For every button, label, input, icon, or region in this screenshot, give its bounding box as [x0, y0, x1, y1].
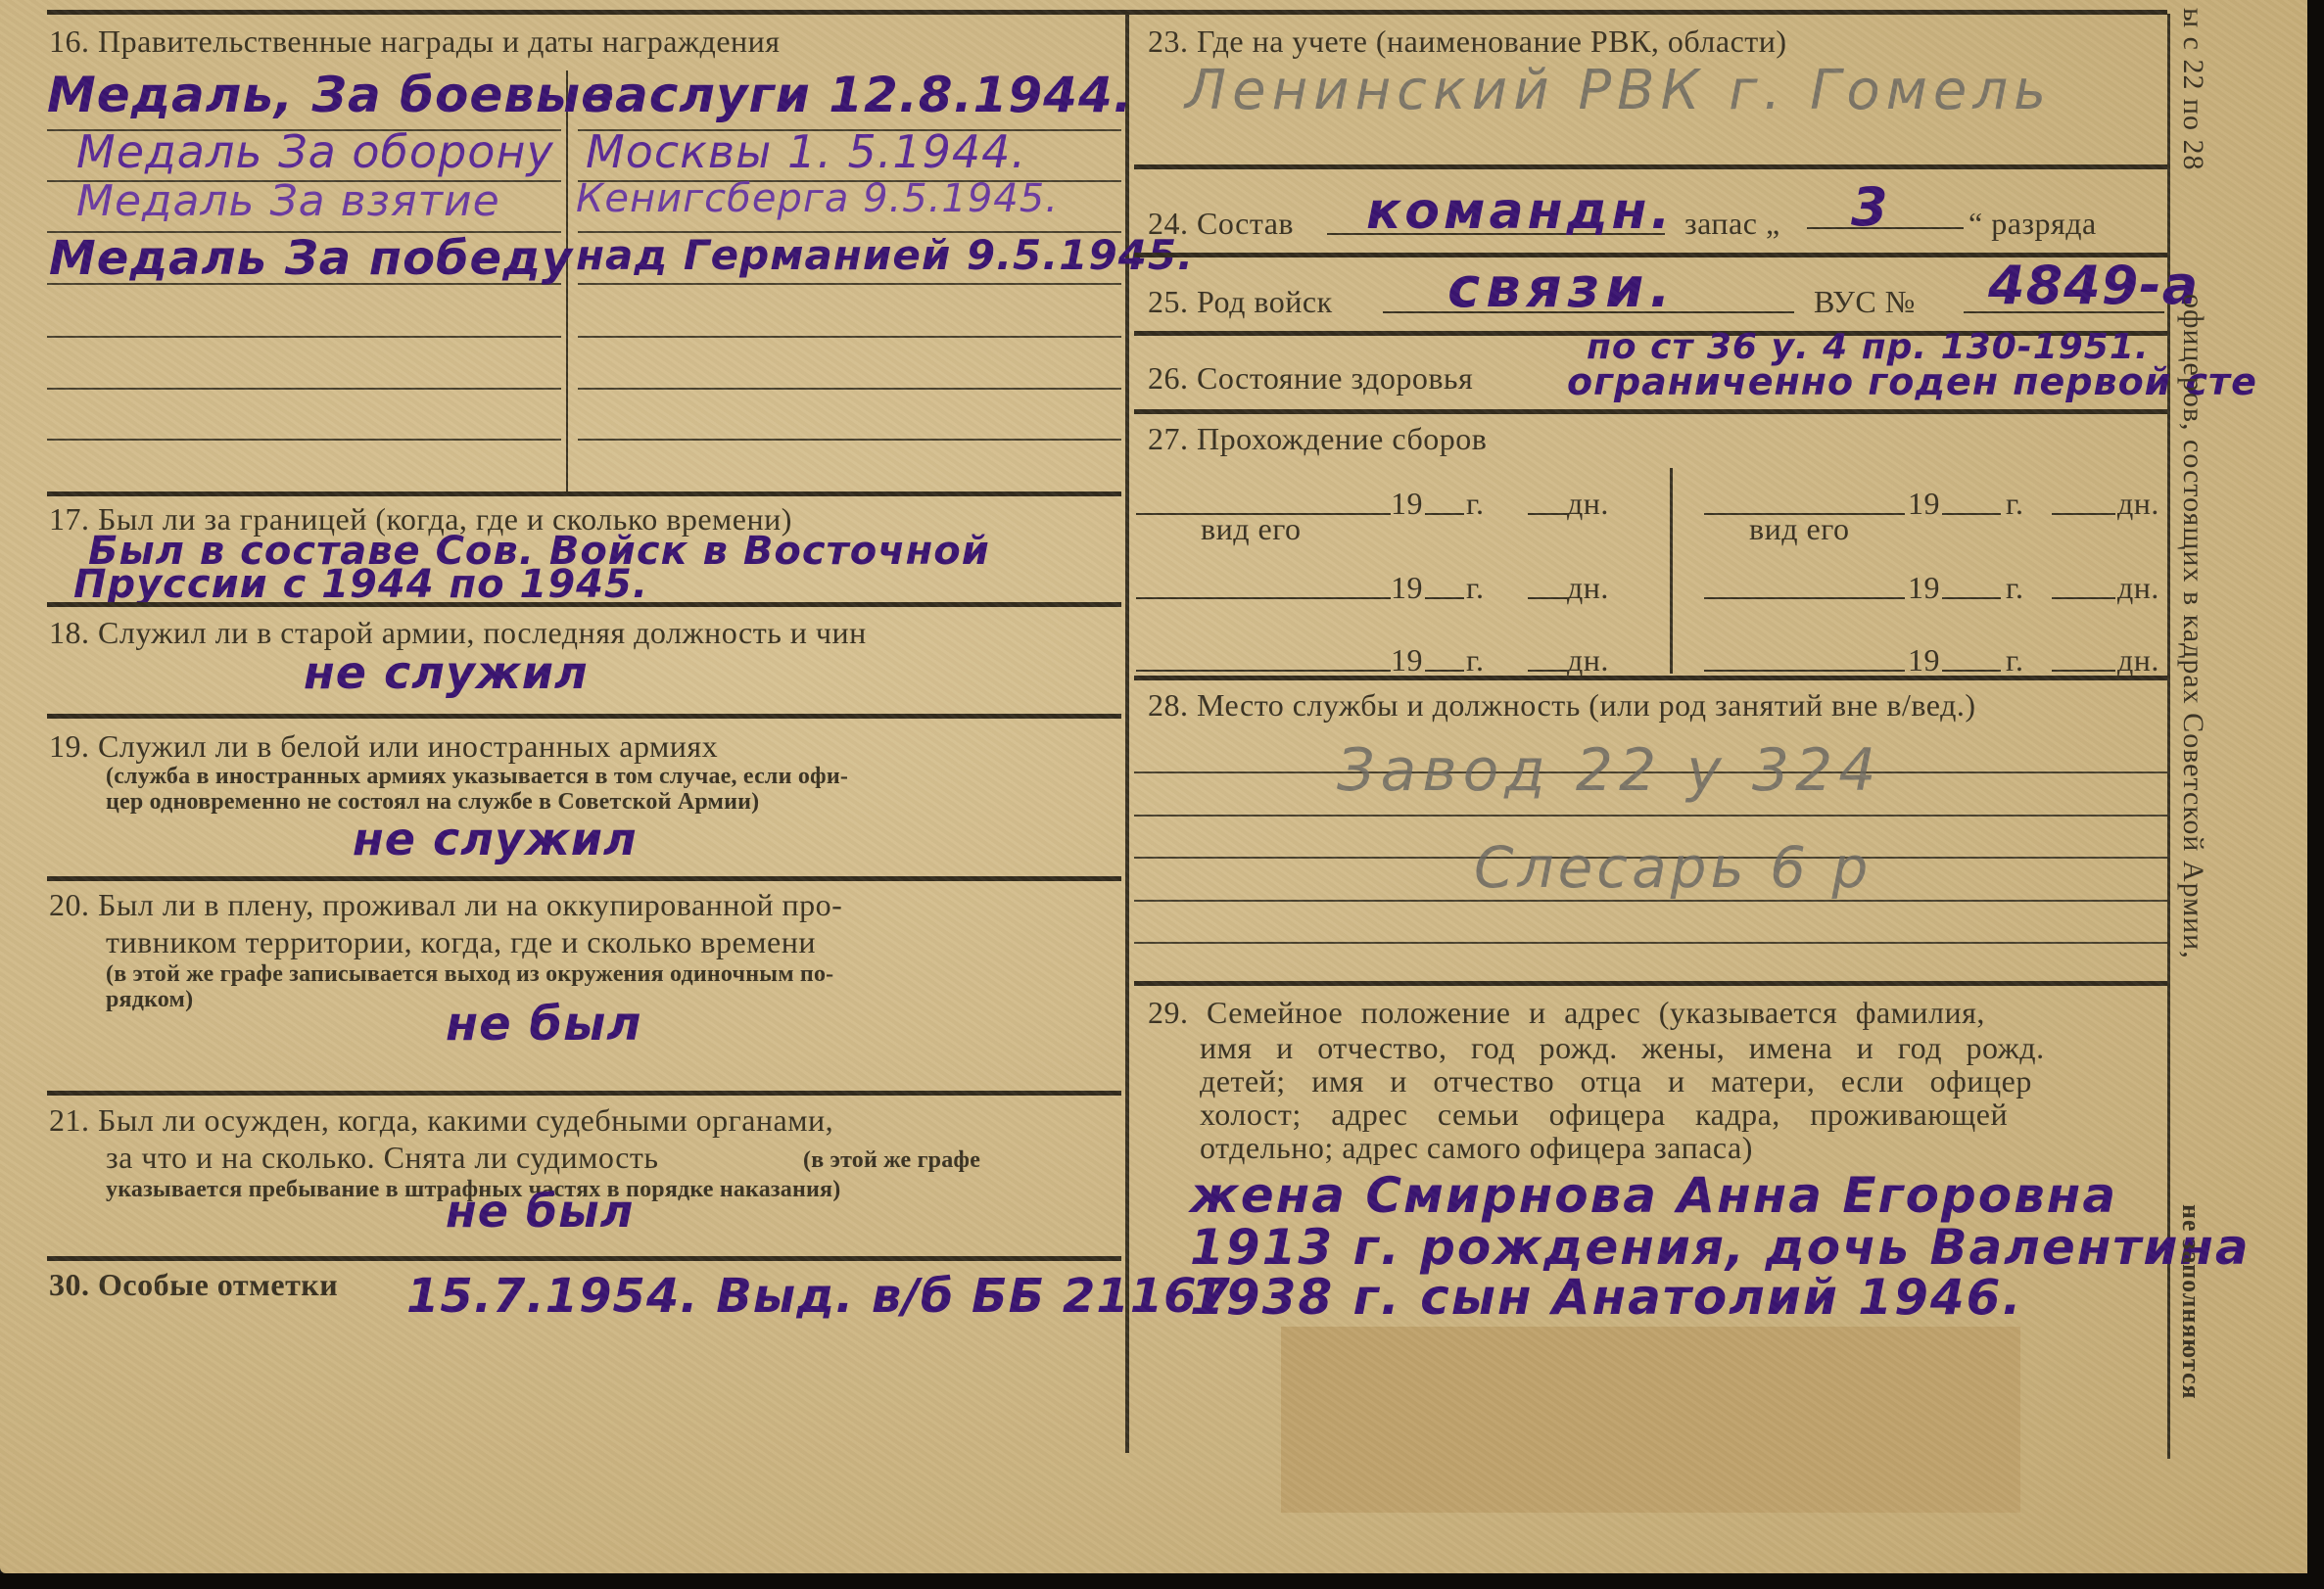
- s27-right-row2-dline: [2052, 597, 2115, 599]
- s27-left-row3-dline: [1528, 670, 1567, 672]
- s27-right-row3-yline: [1942, 670, 2001, 672]
- s23-label: 23. Где на учете (наименование РВК, обла…: [1148, 23, 1787, 60]
- s21-label-2-note: (в этой же графе: [803, 1147, 980, 1174]
- s27-left-row2-dn: дн.: [1567, 570, 1609, 606]
- s28-label: 28. Место службы и должность (или род за…: [1148, 687, 1976, 724]
- s27-left-row2-year: 19: [1391, 570, 1423, 606]
- s24-value: командн.: [1366, 182, 1674, 241]
- s17-value-line2: Пруссии с 1944 по 1945.: [73, 562, 648, 607]
- s16-label: 16. Правительственные награды и даты наг…: [49, 23, 780, 60]
- s21-label-2: за что и на сколько. Снята ли судимость: [106, 1140, 659, 1176]
- s27-right-row3-g: г.: [2006, 642, 2024, 678]
- s27-left-row3-g: г.: [1466, 642, 1485, 678]
- s29-label-4: холост; адрес семьи офицера кадра, прожи…: [1200, 1097, 2008, 1133]
- s19-note-1: (служба в иностранных армиях указывается…: [106, 764, 848, 790]
- s27-left-row2-dline: [1528, 597, 1567, 599]
- redacted-region: [1281, 1327, 2020, 1513]
- s27-bottom-rule: [1134, 676, 2167, 680]
- s27-left-row3-dn: дн.: [1567, 642, 1609, 678]
- s25-label: 25. Род войск: [1148, 284, 1333, 320]
- s26-bottom-rule: [1134, 409, 2167, 414]
- center-divider: [1125, 14, 1129, 1453]
- s16-award-3-left: Медаль За взятие: [76, 176, 500, 226]
- s28-rule: [1134, 942, 2167, 944]
- side-note-part2: офицеров, состоящих в кадрах Советской А…: [2176, 294, 2209, 959]
- s25-vus-label: ВУС №: [1814, 284, 1916, 320]
- s27-right-row1-dline: [2052, 513, 2115, 515]
- s28-rule: [1134, 815, 2167, 817]
- s16-award-4-right: над Германией 9.5.1945.: [576, 231, 1194, 279]
- s29-value-line1: жена Смирнова Анна Егоровна: [1190, 1167, 2117, 1224]
- s20-note-1: (в этой же графе записывается выход из о…: [106, 961, 833, 988]
- s29-value-line2: 1913 г. рождения, дочь Валентина: [1190, 1219, 2251, 1276]
- s27-right-row1-g: г.: [2006, 486, 2024, 522]
- s16-rule: [47, 439, 561, 441]
- s27-right-row2-year: 19: [1908, 570, 1940, 606]
- s27-right-row1-dn: дн.: [2117, 486, 2159, 522]
- s25-value: связи.: [1447, 257, 1677, 320]
- s16-rule: [578, 439, 1121, 441]
- s18-value: не служил: [304, 646, 589, 699]
- side-note-part1: ы с 22 по 28: [2176, 8, 2209, 171]
- top-rule: [47, 10, 2167, 15]
- s21-bottom-rule: [47, 1256, 1121, 1261]
- s27-left-row3-year: 19: [1391, 642, 1423, 678]
- s19-value: не служил: [353, 813, 638, 865]
- s16-award-3-right: Кенигсберга 9.5.1945.: [576, 176, 1059, 221]
- s27-label: 27. Прохождение сборов: [1148, 421, 1487, 457]
- s25-vus-value: 4849-а: [1988, 255, 2199, 316]
- s27-right-row3-dline: [2052, 670, 2115, 672]
- s19-label: 19. Служил ли в белой или иностранных ар…: [49, 728, 718, 765]
- s16-rule: [578, 283, 1121, 285]
- s27-right-row1-yline: [1942, 513, 2001, 515]
- s24-grade-label: “ разряда: [1968, 206, 2097, 242]
- side-note-part3: не заполняются: [2176, 1204, 2205, 1400]
- s28-value-line1: Завод 22 у 324: [1337, 736, 1881, 805]
- s20-bottom-rule: [47, 1091, 1121, 1096]
- s27-right-row2-line: [1704, 597, 1905, 599]
- s24-label: 24. Состав: [1148, 206, 1294, 242]
- s27-left-row1-yline: [1425, 513, 1464, 515]
- s20-value: не был: [446, 997, 642, 1052]
- s21-value: не был: [446, 1185, 634, 1238]
- s27-left-row2-line: [1136, 597, 1391, 599]
- s16-award-1-left: Медаль, За боевые: [47, 67, 615, 123]
- s27-left-kind-label: вид его: [1201, 511, 1302, 547]
- s27-left-row3-yline: [1425, 670, 1464, 672]
- s27-right-row3-line: [1704, 670, 1905, 672]
- s29-label-5: отдельно; адрес самого офицера запаса): [1200, 1130, 1753, 1166]
- s27-right-row1-year: 19: [1908, 486, 1940, 522]
- s19-note-2: цер одновременно не состоял на службе в …: [106, 789, 759, 816]
- s27-sub-divider: [1670, 468, 1673, 674]
- s26-value-line2: ограниченно годен первой сте: [1567, 360, 2257, 403]
- record-card: 16. Правительственные награды и даты наг…: [0, 0, 2307, 1573]
- s27-right-row2-g: г.: [2006, 570, 2024, 606]
- s17-bottom-rule: [47, 602, 1121, 607]
- s27-left-row2-yline: [1425, 597, 1464, 599]
- s23-value: Ленинский РВК г. Гомель: [1185, 59, 2052, 122]
- s27-right-row2-dn: дн.: [2117, 570, 2159, 606]
- s27-right-row3-year: 19: [1908, 642, 1940, 678]
- s16-award-2-right: Москвы 1. 5.1944.: [586, 125, 1026, 178]
- s16-rule: [47, 336, 561, 338]
- s29-label-1: 29. Семейное положение и адрес (указывае…: [1148, 995, 1985, 1031]
- s29-label-2: имя и отчество, год рожд. жены, имена и …: [1200, 1030, 2045, 1066]
- s16-rule: [578, 336, 1121, 338]
- s21-label-1: 21. Был ли осужден, когда, какими судебн…: [49, 1102, 833, 1139]
- s29-value-line3: 1938 г. сын Анатолий 1946.: [1190, 1269, 2022, 1326]
- s27-right-kind-label: вид его: [1749, 511, 1850, 547]
- s29-label-3: детей; имя и отчество отца и матери, есл…: [1200, 1063, 2032, 1099]
- s27-left-row1-g: г.: [1466, 486, 1485, 522]
- s20-label-1: 20. Был ли в плену, проживал ли на оккуп…: [49, 887, 842, 923]
- s16-award-4-left: Медаль За победу: [49, 231, 573, 286]
- s28-bottom-rule: [1134, 981, 2167, 986]
- s27-left-row1-year: 19: [1391, 486, 1423, 522]
- s16-bottom-rule: [47, 491, 1121, 496]
- s27-right-row2-yline: [1942, 597, 2001, 599]
- s16-rule: [47, 388, 561, 390]
- s19-bottom-rule: [47, 876, 1121, 881]
- s18-bottom-rule: [47, 714, 1121, 719]
- s16-award-1-right: заслуги 12.8.1944.: [586, 67, 1133, 123]
- s27-left-row2-g: г.: [1466, 570, 1485, 606]
- s20-note-2: рядком): [106, 987, 193, 1013]
- s28-value-line2: Слесарь 6 р: [1474, 834, 1872, 901]
- s30-value: 15.7.1954. Выд. в/б ББ 21167: [406, 1269, 1231, 1324]
- s27-left-row3-line: [1136, 670, 1391, 672]
- s30-label: 30. Особые отметки: [49, 1267, 338, 1303]
- s16-rule: [578, 388, 1121, 390]
- s16-award-2-left: Медаль За оборону: [76, 125, 554, 178]
- s23-bottom-rule: [1134, 164, 2167, 169]
- s24-reserve-value: 3: [1851, 176, 1889, 238]
- s27-left-row1-dline: [1528, 513, 1567, 515]
- s20-label-2: тивником территории, когда, где и скольк…: [106, 924, 816, 960]
- s26-label: 26. Состояние здоровья: [1148, 360, 1473, 397]
- s27-right-row3-dn: дн.: [2117, 642, 2159, 678]
- s27-left-row1-dn: дн.: [1567, 486, 1609, 522]
- s24-reserve-label: запас „: [1684, 206, 1780, 242]
